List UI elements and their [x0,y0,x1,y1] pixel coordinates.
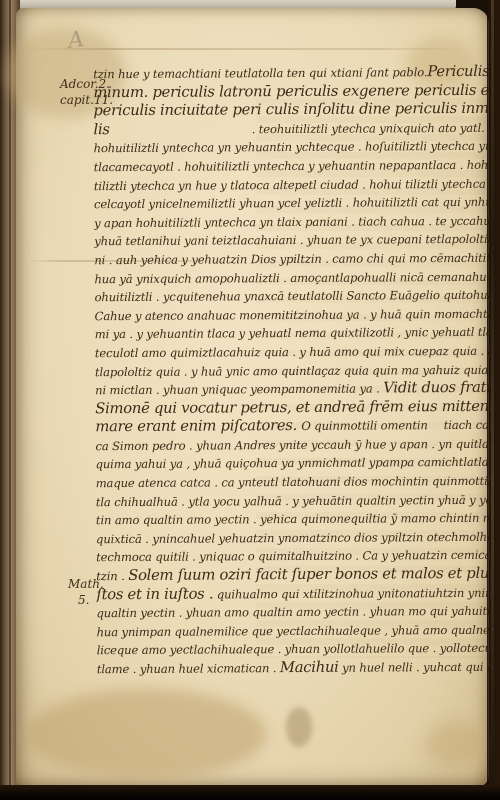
manuscript-line: liceque amo yectlachihualeque . yhuan yo… [97,639,493,660]
text-segment-nahuatl: techmoca quitili . yniquac o quimitalhui… [96,548,492,565]
paper-crease [26,48,466,50]
text-segment-latin: Macihui [280,659,339,676]
text-segment-nahuatl: hohuitiliztli yntechca yn yehuantin ycht… [94,139,490,155]
text-segment-nahuatl: yhuā tetlanihui yani teiztlacahuiani . y… [94,232,490,248]
text-segment-nahuatl: maque atenca catca . ca ynteutl tlatohua… [96,474,492,491]
manuscript-line: quixticā . ynincahuel yehuatzin ynomatzi… [96,528,492,549]
manuscript-line: tzin hue y temachtiani teutlatolla ten q… [93,63,489,84]
manuscript-line: mare erant enim piſcatores. O quinmottil… [95,416,491,437]
manuscript-line: y apan hohuitiliztli yntechca yn tlaix p… [94,212,490,233]
manuscript-line: quima yahui ya , yhuā quiçohua ya ynmich… [96,453,492,474]
text-segment-nahuatl: yn huel nelli . yuhcat qui nelti [339,660,493,675]
manuscript-line: hua ynimpan qualnemilice que yectlachihu… [97,621,493,642]
text-segment-latin: ſtos et in iuſtos . [96,585,213,603]
text-segment-nahuatl: liceque amo yectlachihualeque . yhuan yo… [97,641,493,658]
manuscript-line: tlame . yhuan huel xicmatican . Macihui … [97,658,493,679]
text-segment-nahuatl: . teohuitiliztli ytechca ynixquich ato y… [252,121,485,136]
manuscript-line: ſtos et in iuſtos . quihualmo qui xtilit… [96,583,492,604]
manuscript-line: tlapololtiz quia . y huā ynic amo quintl… [95,360,491,381]
manuscript-line: ni mictlan . yhuan yniquac yeompamonemit… [95,379,491,400]
text-segment-nahuatl: hua yā ynixquich amopohualiztli . amoçan… [94,269,490,285]
text-segment-nahuatl: tzin . [96,569,128,583]
manuscript-line: ni . auh yehica y yehuatzin Dios ypiltzi… [94,249,490,270]
text-segment-latin: minum. periculis latronū periculis exgen… [93,81,489,100]
manuscript-line: celcayotl ynicelnemiliztli yhuan ycel ye… [94,193,490,214]
text-segment-latin: Solem ſuum oziri facit ſuper bonos et ma… [128,565,492,584]
text-segment-nahuatl: ni mictlan . yhuan yniquac yeompamonemit… [95,382,383,398]
manuscript-line: tin amo qualtin amo yectin . yehica quim… [96,509,492,530]
text-segment-nahuatl: Cahue y atenco anahuac monemititzinohua … [95,306,491,323]
paper-stain [426,721,486,767]
text-segment-latin: mare erant enim piſcatores. [95,417,301,435]
manuscript-line: Cahue y atenco anahuac monemititzinohua … [95,305,491,326]
text-segment-nahuatl: tla chihualhuā . ytla yocu yalhuā . y ye… [96,492,492,509]
text-segment-nahuatl: y apan hohuitiliztli yntechca yn tlaix p… [94,213,490,229]
manuscript-line: qualtin yectin . yhuan amo qualtin amo y… [96,602,492,623]
text-segment-nahuatl: hua ynimpan qualnemilice que yectlachihu… [97,623,493,639]
text-segment-nahuatl: qualtin yectin . yhuan amo qualtin amo y… [96,604,492,621]
text-segment-nahuatl: tin amo qualtin amo yectin . yehica quim… [96,511,492,528]
text-segment-nahuatl: mi ya . y yehuantin tlaca y yehuatl nema… [95,325,491,342]
manuscript-line: hohuitiliztli yntechca yn yehuantin ycht… [94,137,490,158]
manuscript-line: Simonē qui vocatur petrus, et andreā frē… [95,397,491,418]
text-segment-nahuatl: O quinmottili omentin [301,418,427,433]
manuscript-line: tlacamecayotl . hohuitiliztli yntechca y… [94,156,490,177]
text-segment-nahuatl: tiliztli ytechca yn hue y tlatoca altepe… [94,176,490,193]
paper-stain [286,707,312,747]
text-segment-nahuatl: quixticā . ynincahuel yehuatzin ynomatzi… [96,529,492,546]
manuscript-line: lis. teohuitiliztli ytechca ynixquich at… [93,119,489,140]
manuscript-line: hua yā ynixquich amopohualiztli . amoçan… [94,267,490,288]
manuscript-line: mi ya . y yehuantin tlaca y yehuatl nema… [95,323,491,344]
text-segment-nahuatl: tlame . yhuan huel xicmatican . [97,661,280,676]
manuscript-line: minum. periculis latronū periculis exgen… [93,81,489,102]
text-segment-nahuatl: quihualmo qui xtilitzinohua ynitonatiuht… [213,585,492,601]
text-segment-nahuatl: ca Simon pedro . yhuan Andres ynite ycca… [95,437,491,454]
manuscript-line: ca Simon pedro . yhuan Andres ynite ycca… [95,435,491,456]
paper-stain [26,689,266,779]
pencil-mark: A [66,27,85,54]
text-segment-latin: periculis inciuitate peri culis inſolitu… [93,100,489,119]
text-segment-nahuatl: tzin hue y temachtiani teutlatolla ten q… [93,65,427,81]
manuscript-line: tzin . Solem ſuum oziri facit ſuper bono… [96,565,492,586]
manuscript-text-block: tzin hue y temachtiani teutlatolla ten q… [93,63,493,679]
text-segment-nahuatl: tiach cahuā yt [444,418,492,432]
text-segment-latin: Simonē qui vocatur petrus, et andreā frē… [95,397,491,416]
manuscript-photo: A Adcor.2. capit.11. Math. 5. tzin hue y… [0,0,500,800]
book-bottom-edge [0,785,500,800]
text-segment-nahuatl: quima yahui ya , yhuā quiçohua ya ynmich… [96,455,489,471]
text-segment-nahuatl: tlapololtiz quia . y huā ynic amo quintl… [95,362,491,379]
manuscript-line: tiliztli ytechca yn hue y tlatoca altepe… [94,174,490,195]
text-segment-nahuatl: celcayotl ynicelnemiliztli yhuan ycel ye… [94,195,490,211]
manuscript-line: yhuā tetlanihui yani teiztlacahuiani . y… [94,230,490,251]
manuscript-line: tla chihualhuā . ytla yocu yalhuā . y ye… [96,490,492,511]
text-segment-latin: Vidit duos fratres [383,379,491,397]
book-right-page-edges [487,0,500,800]
text-segment-nahuatl: tlacamecayotl . hohuitiliztli yntechca y… [94,158,490,174]
manuscript-line: periculis inciuitate peri culis inſolitu… [93,100,489,121]
text-segment-nahuatl: teculotl amo quimiztlacahuiz quia . y hu… [95,344,491,361]
text-segment-nahuatl: ni . auh yehica y yehuatzin Dios ypiltzi… [94,251,490,268]
manuscript-line: teculotl amo quimiztlacahuiz quia . y hu… [95,342,491,363]
text-segment-nahuatl: ohuitiliztli . ycquitenehua ynaxcā teutl… [95,288,491,304]
text-segment-latin: Periculisflu [427,63,489,80]
text-segment-latin: lis [93,121,109,138]
text-segment-gap-wide [110,133,252,134]
manuscript-line: techmoca quitili . yniquac o quimitalhui… [96,546,492,567]
manuscript-line: maque atenca catca . ca ynteutl tlatohua… [96,472,492,493]
manuscript-line: ohuitiliztli . ycquitenehua ynaxcā teutl… [94,286,490,307]
manuscript-page: A Adcor.2. capit.11. Math. 5. tzin hue y… [16,8,489,787]
